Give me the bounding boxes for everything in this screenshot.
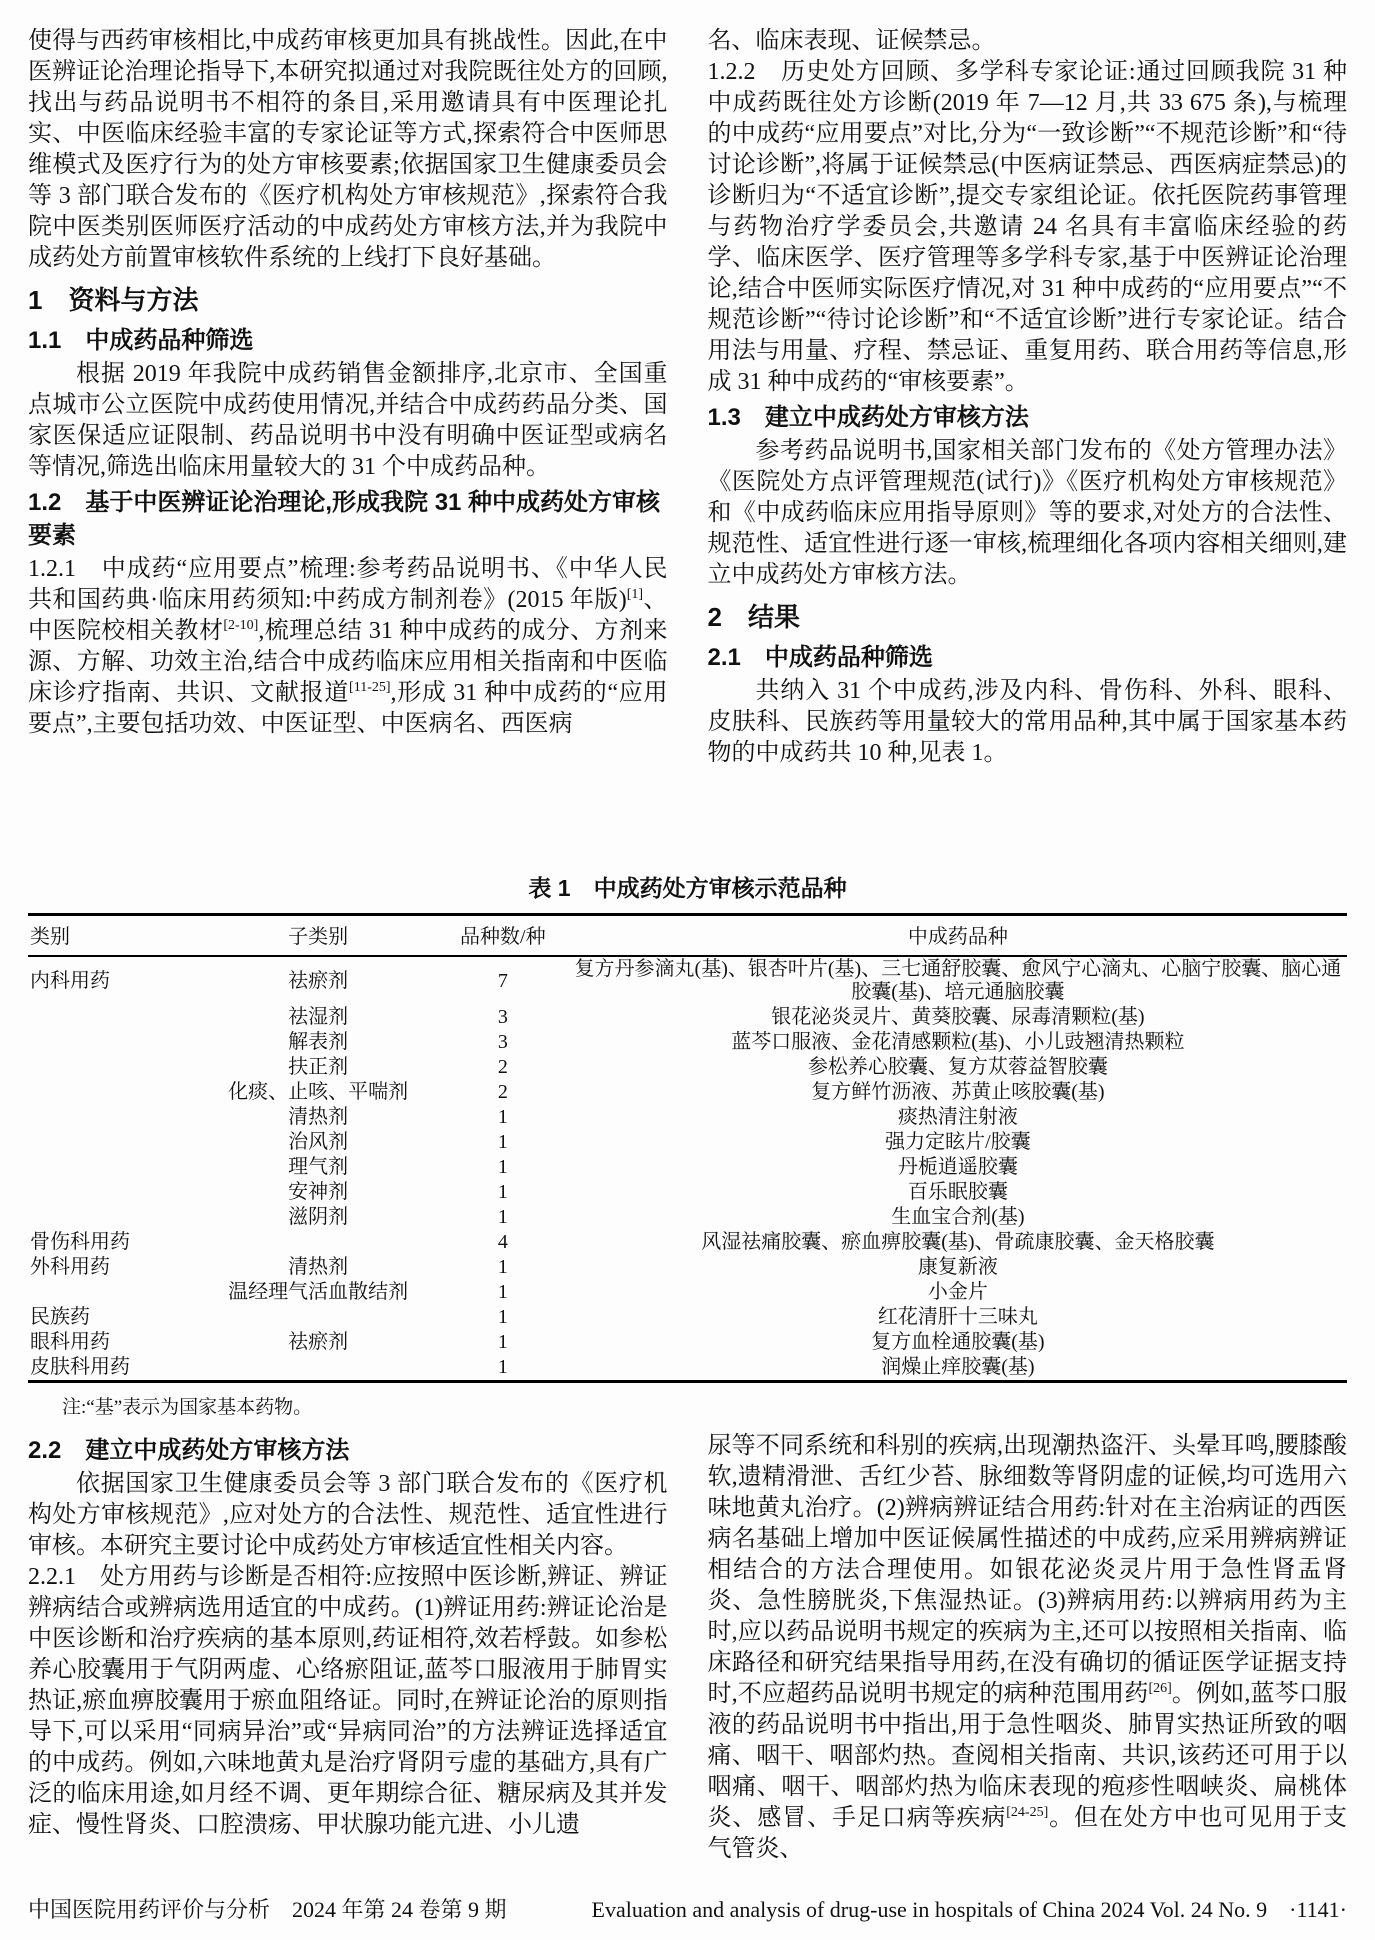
cell-count: 4 (437, 1230, 569, 1255)
cell-count: 1 (437, 1105, 569, 1130)
cell-category: 眼科用药 (28, 1330, 199, 1355)
cell-subcategory: 解表剂 (199, 1030, 436, 1055)
table-header-row: 类别 子类别 品种数/种 中成药品种 (28, 915, 1347, 957)
cell-subcategory (199, 1305, 436, 1330)
bottom-left-column: 2.2 建立中成药处方审核方法 依据国家卫生健康委员会等 3 部门联合发布的《医… (28, 1431, 668, 1927)
cell-subcategory: 温经理气活血散结剂 (199, 1280, 436, 1305)
cell-subcategory: 滋阴剂 (199, 1205, 436, 1230)
table-row: 安神剂 1 百乐眠胶囊 (28, 1180, 1347, 1205)
section-1-heading: 1 资料与方法 (28, 282, 668, 318)
table-row: 骨伤科用药 4 风湿祛痛胶囊、瘀血痹胶囊(基)、骨疏康胶囊、金天格胶囊 (28, 1230, 1347, 1255)
cell-category: 外科用药 (28, 1255, 199, 1280)
footer-journal-title-en: Evaluation and analysis of drug-use in h… (592, 1893, 1347, 1924)
para-intro-continued: 使得与西药审核相比,中成药审核更加具有挑战性。因此,在中医辨证论治理论指导下,本… (28, 26, 668, 274)
cell-category (28, 1080, 199, 1105)
table-row: 治风剂 1 强力定眩片/胶囊 (28, 1130, 1347, 1155)
cell-count: 1 (437, 1180, 569, 1205)
col-header-count: 品种数/种 (437, 915, 569, 957)
cell-count: 1 (437, 1255, 569, 1280)
cell-category (28, 1105, 199, 1130)
cell-category: 皮肤科用药 (28, 1355, 199, 1382)
table-1-note: 注:“基”表示为国家基本药物。 (28, 1392, 1347, 1419)
cell-drugs: 风湿祛痛胶囊、瘀血痹胶囊(基)、骨疏康胶囊、金天格胶囊 (569, 1230, 1347, 1255)
table-row: 滋阴剂 1 生血宝合剂(基) (28, 1205, 1347, 1230)
col-header-subcategory: 子类别 (199, 915, 436, 957)
cell-drugs: 复方鲜竹沥液、苏黄止咳胶囊(基) (569, 1080, 1347, 1105)
cell-subcategory (199, 1230, 436, 1255)
table-row: 解表剂 3 蓝芩口服液、金花清感颗粒(基)、小儿豉翘清热颗粒 (28, 1030, 1347, 1055)
cell-subcategory: 化痰、止咳、平喘剂 (199, 1080, 436, 1105)
cell-subcategory: 安神剂 (199, 1180, 436, 1205)
para-2-1: 共纳入 31 个中成药,涉及内科、骨伤科、外科、眼科、皮肤科、民族药等用量较大的… (708, 676, 1348, 769)
cell-drugs: 复方丹参滴丸(基)、银杏叶片(基)、三七通舒胶囊、愈风宁心滴丸、心脑宁胶囊、脑心… (569, 956, 1347, 1005)
section-1-1-heading: 1.1 中成药品种筛选 (28, 324, 668, 357)
cell-drugs: 蓝芩口服液、金花清感颗粒(基)、小儿豉翘清热颗粒 (569, 1030, 1347, 1055)
bottom-columns: 2.2 建立中成药处方审核方法 依据国家卫生健康委员会等 3 部门联合发布的《医… (28, 1431, 1347, 1927)
cell-category (28, 1030, 199, 1055)
cell-count: 3 (437, 1005, 569, 1030)
cell-count: 1 (437, 1205, 569, 1230)
section-1-2-heading: 1.2 基于中医辨证论治理论,形成我院 31 种中成药处方审核要素 (28, 486, 668, 552)
cell-category (28, 1280, 199, 1305)
cell-category (28, 1205, 199, 1230)
cell-category: 民族药 (28, 1305, 199, 1330)
table-1-title: 表 1 中成药处方审核示范品种 (28, 870, 1347, 903)
para-2-2: 依据国家卫生健康委员会等 3 部门联合发布的《医疗机构处方审核规范》,应对处方的… (28, 1469, 668, 1562)
cell-count: 3 (437, 1030, 569, 1055)
cell-category (28, 1055, 199, 1080)
cell-subcategory (199, 1355, 436, 1382)
cell-count: 2 (437, 1055, 569, 1080)
table-row: 化痰、止咳、平喘剂 2 复方鲜竹沥液、苏黄止咳胶囊(基) (28, 1080, 1347, 1105)
cell-drugs: 参松养心胶囊、复方苁蓉益智胶囊 (569, 1055, 1347, 1080)
section-1-3-heading: 1.3 建立中成药处方审核方法 (708, 401, 1348, 434)
cell-count: 2 (437, 1080, 569, 1105)
cell-count: 1 (437, 1355, 569, 1382)
cell-category: 内科用药 (28, 956, 199, 1005)
para-1-2-1: 1.2.1 中成药“应用要点”梳理:参考药品说明书、《中华人民共和国药典·临床用… (28, 554, 668, 740)
cell-drugs: 润燥止痒胶囊(基) (569, 1355, 1347, 1382)
para-2-2-1-continued: 尿等不同系统和科别的疾病,出现潮热盗汗、头晕耳鸣,腰膝酸软,遗精滑泄、舌红少苔、… (708, 1431, 1348, 1865)
cell-drugs: 银花泌炎灵片、黄葵胶囊、尿毒清颗粒(基) (569, 1005, 1347, 1030)
footer-journal-title-cn: 中国医院用药评价与分析 2024 年第 24 卷第 9 期 (28, 1893, 507, 1924)
cell-drugs: 生血宝合剂(基) (569, 1205, 1347, 1230)
cell-drugs: 痰热清注射液 (569, 1105, 1347, 1130)
table-row: 温经理气活血散结剂 1 小金片 (28, 1280, 1347, 1305)
top-columns: 使得与西药审核相比,中成药审核更加具有挑战性。因此,在中医辨证论治理论指导下,本… (28, 26, 1347, 862)
top-right-column: 名、临床表现、证候禁忌。 1.2.2 历史处方回顾、多学科专家论证:通过回顾我院… (708, 26, 1348, 862)
table-row: 内科用药 祛瘀剂 7 复方丹参滴丸(基)、银杏叶片(基)、三七通舒胶囊、愈风宁心… (28, 956, 1347, 1005)
section-2-1-heading: 2.1 中成药品种筛选 (708, 641, 1348, 674)
cell-subcategory: 祛瘀剂 (199, 1330, 436, 1355)
table-row: 清热剂 1 痰热清注射液 (28, 1105, 1347, 1130)
table-row: 外科用药 清热剂 1 康复新液 (28, 1255, 1347, 1280)
table-row: 扶正剂 2 参松养心胶囊、复方苁蓉益智胶囊 (28, 1055, 1347, 1080)
cell-category (28, 1130, 199, 1155)
col-header-drugs: 中成药品种 (569, 915, 1347, 957)
table-1-block: 表 1 中成药处方审核示范品种 类别 子类别 品种数/种 中成药品种 内科用药 … (28, 870, 1347, 1419)
table-row: 祛湿剂 3 银花泌炎灵片、黄葵胶囊、尿毒清颗粒(基) (28, 1005, 1347, 1030)
para-1-2-2: 1.2.2 历史处方回顾、多学科专家论证:通过回顾我院 31 种中成药既往处方诊… (708, 57, 1348, 398)
cell-category (28, 1005, 199, 1030)
cell-count: 7 (437, 956, 569, 1005)
tcm-audit-species-table: 类别 子类别 品种数/种 中成药品种 内科用药 祛瘀剂 7 复方丹参滴丸(基)、… (28, 913, 1347, 1383)
para-species-screening: 根据 2019 年我院中成药销售金额排序,北京市、全国重点城市公立医院中成药使用… (28, 359, 668, 483)
cell-drugs: 丹栀逍遥胶囊 (569, 1155, 1347, 1180)
table-body: 内科用药 祛瘀剂 7 复方丹参滴丸(基)、银杏叶片(基)、三七通舒胶囊、愈风宁心… (28, 956, 1347, 1382)
table-row: 眼科用药 祛瘀剂 1 复方血栓通胶囊(基) (28, 1330, 1347, 1355)
cell-category: 骨伤科用药 (28, 1230, 199, 1255)
cell-drugs: 百乐眠胶囊 (569, 1180, 1347, 1205)
cell-subcategory: 祛湿剂 (199, 1005, 436, 1030)
cell-subcategory: 扶正剂 (199, 1055, 436, 1080)
cell-count: 1 (437, 1305, 569, 1330)
section-2-heading: 2 结果 (708, 599, 1348, 635)
table-row: 皮肤科用药 1 润燥止痒胶囊(基) (28, 1355, 1347, 1382)
section-2-2-heading: 2.2 建立中成药处方审核方法 (28, 1434, 668, 1467)
cell-subcategory: 清热剂 (199, 1105, 436, 1130)
cell-subcategory: 祛瘀剂 (199, 956, 436, 1005)
page-footer: 中国医院用药评价与分析 2024 年第 24 卷第 9 期 Evaluation… (28, 1893, 1347, 1924)
cell-drugs: 红花清肝十三味丸 (569, 1305, 1347, 1330)
cell-count: 1 (437, 1330, 569, 1355)
journal-page: 使得与西药审核相比,中成药审核更加具有挑战性。因此,在中医辨证论治理论指导下,本… (0, 0, 1375, 1940)
cell-category (28, 1180, 199, 1205)
cell-subcategory: 理气剂 (199, 1155, 436, 1180)
para-2-2-1: 2.2.1 处方用药与诊断是否相符:应按照中医诊断,辨证、辨证辨病结合或辨病选用… (28, 1562, 668, 1841)
table-row: 民族药 1 红花清肝十三味丸 (28, 1305, 1347, 1330)
table-row: 理气剂 1 丹栀逍遥胶囊 (28, 1155, 1347, 1180)
cell-subcategory: 治风剂 (199, 1130, 436, 1155)
cell-category (28, 1155, 199, 1180)
cell-drugs: 小金片 (569, 1280, 1347, 1305)
cell-count: 1 (437, 1280, 569, 1305)
col-header-category: 类别 (28, 915, 199, 957)
para-1-2-1-continued: 名、临床表现、证候禁忌。 (708, 26, 1348, 57)
cell-drugs: 复方血栓通胶囊(基) (569, 1330, 1347, 1355)
cell-drugs: 康复新液 (569, 1255, 1347, 1280)
bottom-right-column: 尿等不同系统和科别的疾病,出现潮热盗汗、头晕耳鸣,腰膝酸软,遗精滑泄、舌红少苔、… (708, 1431, 1348, 1927)
cell-drugs: 强力定眩片/胶囊 (569, 1130, 1347, 1155)
cell-count: 1 (437, 1155, 569, 1180)
para-1-3: 参考药品说明书,国家相关部门发布的《处方管理办法》《医院处方点评管理规范(试行)… (708, 436, 1348, 591)
cell-count: 1 (437, 1130, 569, 1155)
top-left-column: 使得与西药审核相比,中成药审核更加具有挑战性。因此,在中医辨证论治理论指导下,本… (28, 26, 668, 862)
cell-subcategory: 清热剂 (199, 1255, 436, 1280)
